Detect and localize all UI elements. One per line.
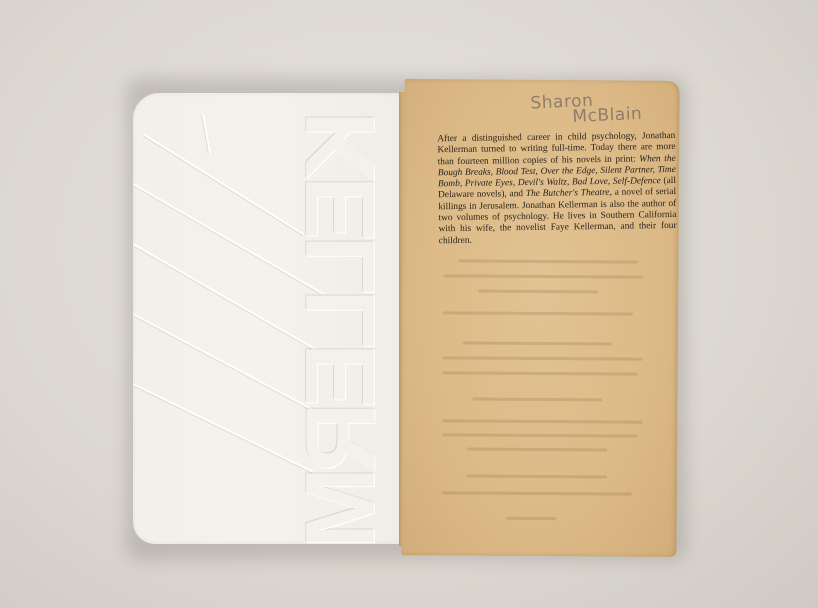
bio-novel-title: The Butcher's Theatre [526,189,610,200]
show-through-text [458,259,638,263]
emboss-stroke [202,114,211,154]
handwritten-name-line2: McBlain [572,104,643,127]
show-through-text [507,517,557,520]
show-through-text [443,371,638,375]
show-through-text [478,290,598,294]
show-through-text [472,398,602,402]
show-through-text [467,474,607,478]
emboss-stroke [142,133,304,235]
show-through-text [467,447,607,451]
show-through-text [442,433,637,437]
show-through-text [443,311,633,315]
show-through-text [442,419,642,423]
show-through-text [443,356,643,360]
show-through-text [463,341,613,345]
embossed-author-name: KELLERMAN [283,111,398,531]
title-verso-page: Sharon McBlain After a distinguished car… [401,79,679,557]
show-through-text [442,491,632,495]
author-biography: After a distinguished career in child ps… [437,131,677,247]
show-through-text [443,274,643,278]
inside-cover-embossed: KELLERMAN [133,93,401,544]
